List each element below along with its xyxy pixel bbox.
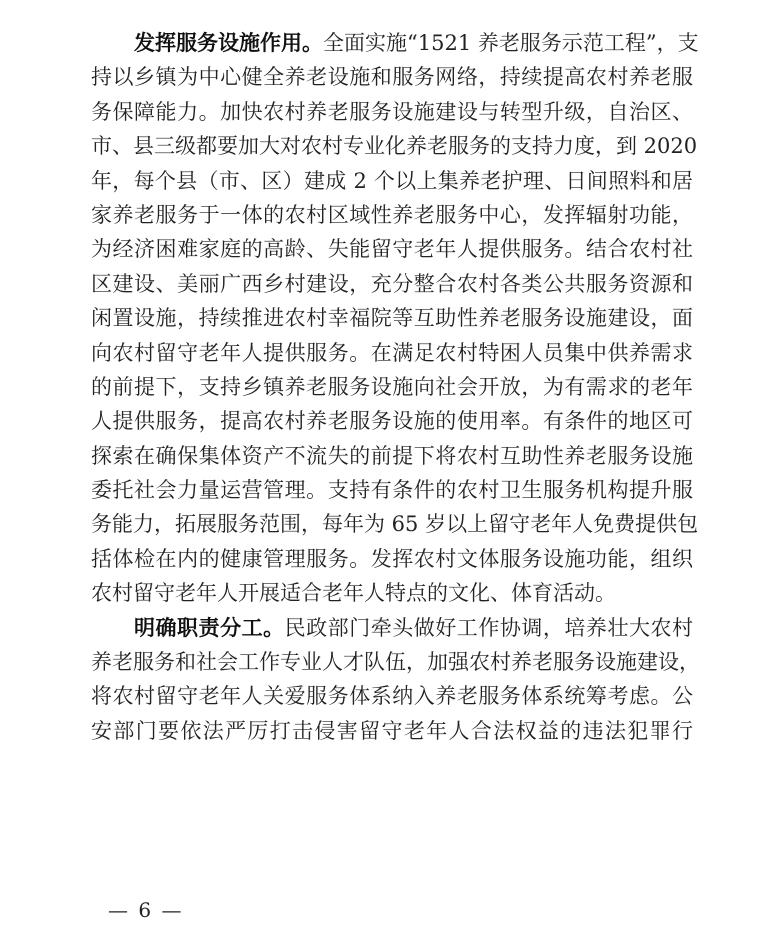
paragraph-2-line-3: 将农村留守老年人关爱服务体系纳入养老服务体系统筹考虑。公: [91, 679, 693, 713]
paragraph-1-line-16: 括体检在内的健康管理服务。发挥农村文体服务设施功能，组织: [91, 542, 693, 576]
paragraph-1-line-6: 家养老服务于一体的农村区域性养老服务中心，发挥辐射功能，: [91, 198, 693, 232]
paragraph-2-line-1: 明确职责分工。民政部门牵头做好工作协调，培养壮大农村: [91, 611, 693, 645]
paragraph-1-line-5: 年，每个县（市、区）建成 2 个以上集养老护理、日间照料和居: [91, 164, 693, 198]
line-text: 民政部门牵头做好工作协调，培养壮大农村: [285, 616, 693, 640]
paragraph-1-line-8: 区建设、美丽广西乡村建设，充分整合农村各类公共服务资源和: [91, 267, 693, 301]
paragraph-2-line-2: 养老服务和社会工作专业人才队伍，加强农村养老服务设施建设，: [91, 645, 693, 679]
paragraph-1-line-7: 为经济困难家庭的高龄、失能留守老年人提供服务。结合农村社: [91, 232, 693, 266]
paragraph-1-line-14: 委托社会力量运营管理。支持有条件的农村卫生服务机构提升服: [91, 473, 693, 507]
paragraph-heading: 明确职责分工。: [134, 616, 285, 640]
paragraph-1-line-15: 务能力，拓展服务范围，每年为 65 岁以上留守老年人免费提供包: [91, 507, 693, 541]
page-number: — 6 —: [108, 896, 183, 924]
paragraph-1-line-4: 市、县三级都要加大对农村专业化养老服务的支持力度，到 2020: [91, 129, 693, 163]
line-text: 全面实施“1521 养老服务示范工程”，支: [323, 31, 699, 55]
paragraph-1-line-17: 农村留守老年人开展适合老年人特点的文化、体育活动。: [91, 576, 693, 610]
paragraph-1-line-9: 闲置设施，持续推进农村幸福院等互助性养老服务设施建设，面: [91, 301, 693, 335]
paragraph-1-line-1: 发挥服务设施作用。全面实施“1521 养老服务示范工程”，支: [91, 26, 693, 60]
paragraph-heading: 发挥服务设施作用。: [134, 31, 323, 55]
paragraph-1-line-12: 人提供服务，提高农村养老服务设施的使用率。有条件的地区可: [91, 404, 693, 438]
paragraph-1-line-2: 持以乡镇为中心健全养老设施和服务网络，持续提高农村养老服: [91, 60, 693, 94]
paragraph-2-line-4: 安部门要依法严厉打击侵害留守老年人合法权益的违法犯罪行: [91, 714, 693, 748]
body-text: 发挥服务设施作用。全面实施“1521 养老服务示范工程”，支 持以乡镇为中心健全…: [91, 26, 693, 748]
paragraph-1-line-13: 探索在确保集体资产不流失的前提下将农村互助性养老服务设施: [91, 439, 693, 473]
paragraph-1-line-11: 的前提下，支持乡镇养老服务设施向社会开放，为有需求的老年: [91, 370, 693, 404]
document-page: 发挥服务设施作用。全面实施“1521 养老服务示范工程”，支 持以乡镇为中心健全…: [0, 0, 779, 927]
paragraph-1-line-10: 向农村留守老年人提供服务。在满足农村特困人员集中供养需求: [91, 336, 693, 370]
paragraph-1-line-3: 务保障能力。加快农村养老服务设施建设与转型升级，自治区、: [91, 95, 693, 129]
